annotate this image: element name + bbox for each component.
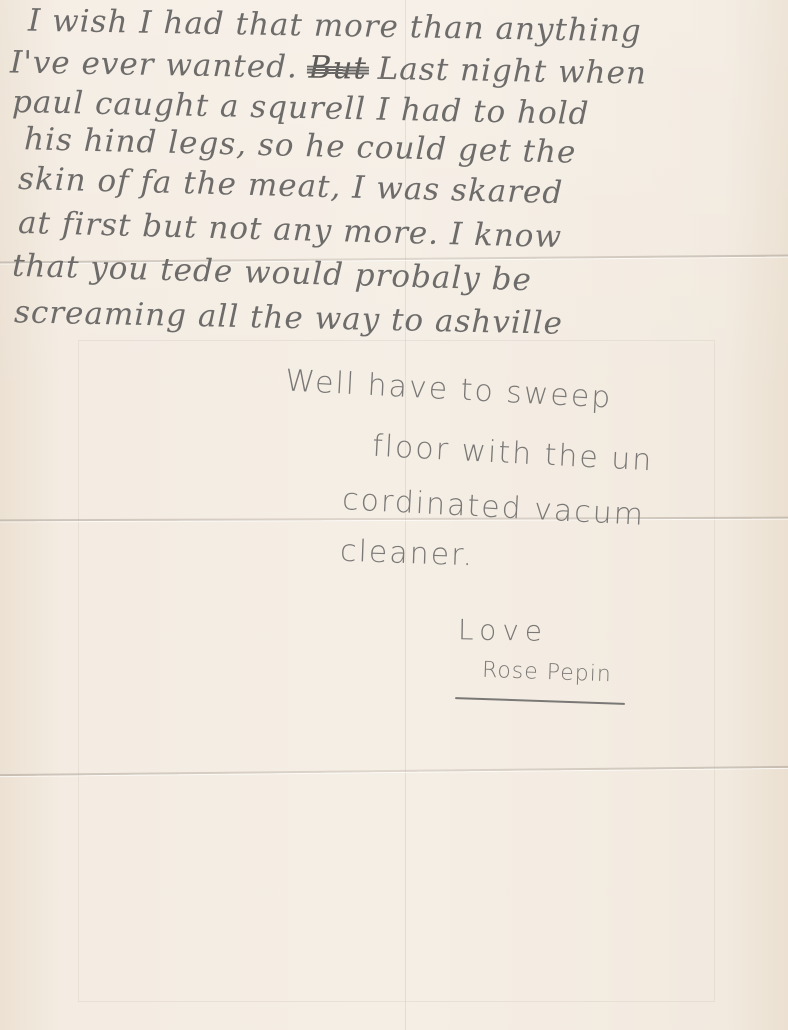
line-text: I wish I had that more than anything [28,3,642,50]
line-text: I've ever wanted. [10,44,298,85]
letter-line: that you tede would probaly be [12,248,533,299]
struck-word: But [308,50,367,87]
letter-page: I wish I had that more than anything I'v… [0,0,788,1030]
line-text: at first but not any more. I know [18,205,563,255]
printed-line: cleaner. [339,534,474,574]
signature-text: Rose Pepin [482,658,613,688]
signature: Rose Pepin [482,658,613,688]
closing: Love [458,613,549,648]
line-text: that you tede would probaly be [12,248,533,299]
letter-line: at first but not any more. I know [18,205,563,255]
letter-line: screaming all the way to ashville [14,294,564,341]
line-text: Last night when [377,51,647,92]
line-text: cleaner. [339,534,474,574]
letter-line: I've ever wanted. But Last night when [10,44,647,91]
line-text: screaming all the way to ashville [14,294,564,341]
closing-text: Love [458,613,549,648]
letter-line: I wish I had that more than anything [28,3,642,50]
